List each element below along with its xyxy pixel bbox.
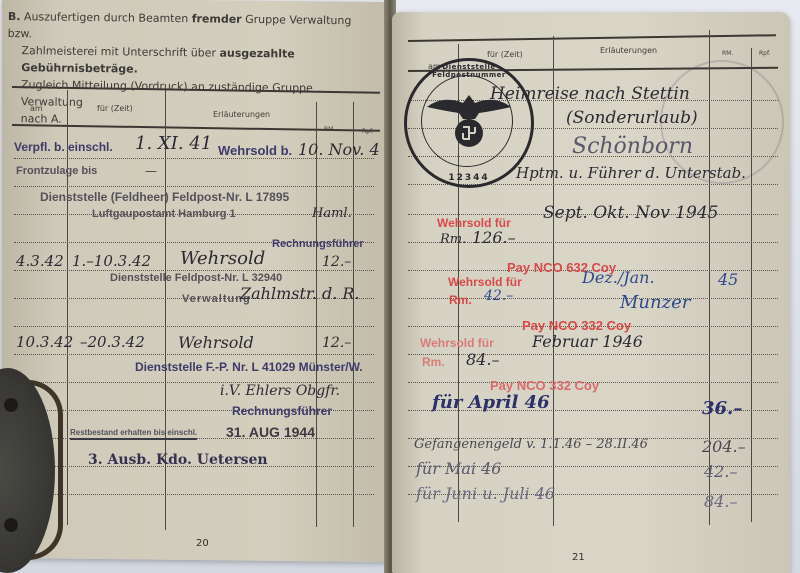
row2-description: Wehrsold <box>178 333 254 352</box>
rechnungsfuehrer-stamp-1: Rechnungsführer <box>272 238 364 250</box>
left-header-fuer-zeit: für (Zeit) <box>97 104 133 113</box>
left-dotted-line <box>14 270 374 271</box>
intro-line-2: Zahlmeisterei mit Unterschrift über ausg… <box>7 42 377 81</box>
left-col-divider-1 <box>67 90 68 525</box>
verpfl-date: 1. XI. 41 <box>135 133 212 154</box>
right-signature-2: Munzer <box>620 292 690 313</box>
red-rm-label-2: Rm. <box>449 293 472 307</box>
section-marker: B. <box>8 10 21 23</box>
left-header-rpf: Rpf. <box>362 128 374 135</box>
left-col-divider-3 <box>316 102 317 527</box>
frontzulage-label: Frontzulage bis <box>16 165 97 177</box>
right-header-rm: RM. <box>722 50 733 57</box>
right-header-rpf: Rpf. <box>759 50 771 57</box>
intro-line-1: B. Auszufertigen durch Beamten fremder G… <box>8 8 378 47</box>
right-hand-line-1: Heimreise nach Stettin <box>490 84 690 104</box>
right-signature-1: Schönborn <box>572 134 693 159</box>
right-hand-amount-2: 42.– <box>484 288 513 304</box>
right-header-erlaeuterungen: Erläuterungen <box>600 46 657 55</box>
red-wehrsold-label-3: Wehrsold für <box>420 336 494 350</box>
right-hand-line-2: (Sonderurlaub) <box>566 108 698 128</box>
seal-top-text: Dienststelle Feldpostnummer <box>407 63 531 79</box>
row1-date: 4.3.42 <box>16 252 64 270</box>
right-hand-line-6: Februar 1946 <box>532 332 643 351</box>
rechnungsfuehrer-stamp-2: Rechnungsführer <box>232 404 332 418</box>
right-col-divider-2 <box>553 36 554 526</box>
right-hand-amount-5: 204.– <box>702 437 746 456</box>
left-header-erlaeuterungen: Erläuterungen <box>213 110 270 119</box>
left-header-rm: RM. <box>324 126 335 133</box>
luftgaupostamt-stamp: Luftgaupostamt Hamburg 1 <box>92 208 236 220</box>
verpfl-label: Verpfl. b. einschl. <box>14 140 113 154</box>
dienststelle-stamp-3: Dienststelle F.-P. Nr. L 41029 Münster/W… <box>135 360 363 374</box>
left-header-am: am <box>30 104 43 113</box>
right-header-fuer-zeit: für (Zeit) <box>487 50 523 59</box>
right-hand-line-7: für April 46 <box>432 392 550 413</box>
restbestand-stamp: Restbestand erhalten bis einschl. <box>70 428 197 440</box>
official-seal: Dienststelle Feldpostnummer 12344 <box>404 58 534 188</box>
left-page-intro: B. Auszufertigen durch Beamten fremder G… <box>7 8 378 132</box>
red-pay-nco-2: Pay NCO 332 Coy <box>522 318 631 333</box>
left-dotted-line <box>14 354 374 355</box>
right-hand-amount-4: 36.– <box>702 398 742 419</box>
row2-period: –20.3.42 <box>80 333 145 351</box>
frontzulage-value: — <box>145 164 157 178</box>
right-hand-line-3: Hptm. u. Führer d. Unterstab. <box>516 164 746 182</box>
wehrsold-label: Wehrsold b. <box>218 143 292 158</box>
left-dotted-line <box>14 186 374 187</box>
red-wehrsold-label-2: Wehrsold für <box>448 275 522 289</box>
row1-description: Wehrsold <box>180 248 265 269</box>
right-hand-line-8: Gefangenengeld v. 1.1.46 – 28.II.46 <box>414 437 648 452</box>
right-hand-amount-7: 84.– <box>704 492 737 511</box>
right-hand-line-4: Sept. Okt. Nov 1945 <box>543 203 719 223</box>
intro-line-3: Zugleich Mitteilung (Vordruck) an zustän… <box>7 76 377 115</box>
dog-tag-hole <box>4 518 18 532</box>
right-hand-year: 45 <box>718 270 738 289</box>
right-hand-amount-1: 126.– <box>472 228 516 247</box>
right-hand-line-10: für Juni u. Juli 46 <box>416 484 555 503</box>
row2-date: 10.3.42 <box>16 333 73 351</box>
right-hand-line-5: Dez./Jan. <box>582 268 655 287</box>
right-hand-amount-3: 84.– <box>466 350 499 369</box>
row2-amount: 12.– <box>322 335 351 351</box>
unit-stamp: 3. Ausb. Kdo. Uetersen <box>88 452 268 468</box>
signature-2: Zahlmstr. d. R. <box>240 284 360 303</box>
right-dotted-line <box>408 354 778 355</box>
signature-1: Haml. <box>312 206 352 221</box>
row1-amount: 12.– <box>322 254 351 270</box>
left-col-divider-4 <box>353 102 354 527</box>
dienststelle-stamp-1: Dienststelle (Feldheer) Feldpost-Nr. L 1… <box>40 190 289 204</box>
row1-period: 1.–10.3.42 <box>72 252 151 270</box>
left-dotted-line <box>14 494 374 495</box>
rm-label-1: Rm. <box>440 232 466 247</box>
red-pay-nco-3: Pay NCO 332 Coy <box>490 378 599 393</box>
left-dotted-line <box>14 326 374 327</box>
right-hand-amount-6: 42.– <box>704 462 737 481</box>
page-number-left: 20 <box>196 538 209 549</box>
date-stamp: 31. AUG 1944 <box>226 424 315 440</box>
page-number-right: 21 <box>572 552 585 563</box>
dienststelle-stamp-2: Dienststelle Feldpost-Nr. L 32940 <box>110 272 282 284</box>
dog-tag-hole <box>4 398 18 412</box>
red-rm-label-3: Rm. <box>422 355 445 369</box>
right-hand-line-9: für Mai 46 <box>416 459 501 478</box>
seal-bottom-text: 12344 <box>407 173 531 183</box>
wehrsold-date: 10. Nov. 4 <box>298 140 380 159</box>
signature-3: i.V. Ehlers Obgfr. <box>220 383 340 399</box>
